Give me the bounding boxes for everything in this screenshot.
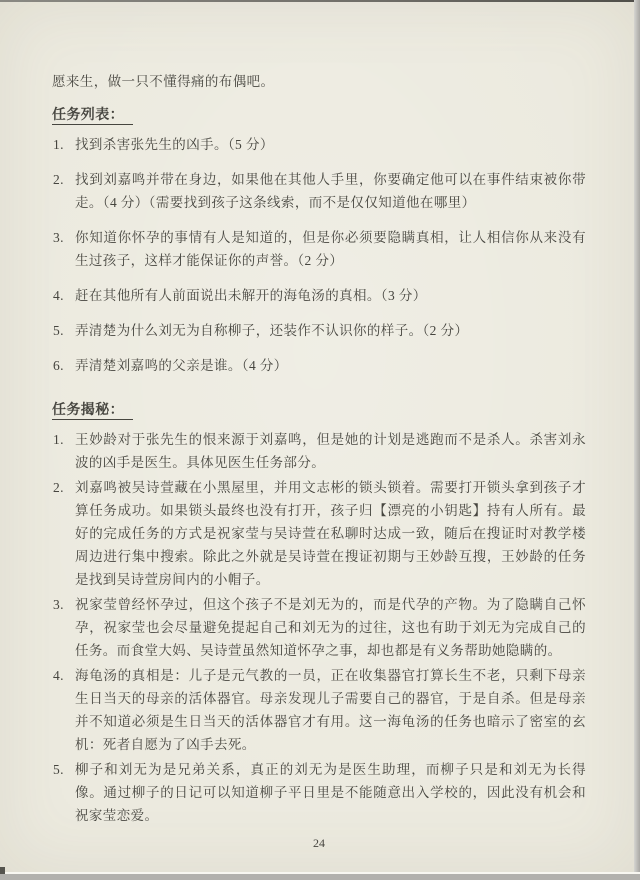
section-gap bbox=[52, 389, 586, 401]
scan-edge-right bbox=[634, 0, 640, 880]
item-text: 找到杀害张先生的凶手。（5 分） bbox=[75, 137, 274, 152]
item-number: 2. bbox=[53, 168, 64, 191]
scan-edge-top bbox=[0, 0, 640, 2]
item-text: 弄清楚刘嘉鸣的父亲是谁。（4 分） bbox=[75, 358, 288, 373]
item-text: 刘嘉鸣被吴诗萱藏在小黑屋里，并用文志彬的锁头锁着。需要打开锁头拿到孩子才算任务成… bbox=[75, 480, 586, 587]
section-heading-task-reveal-text: 任务揭秘： bbox=[52, 403, 133, 420]
page-number: 24 bbox=[52, 836, 586, 851]
item-number: 3. bbox=[53, 593, 64, 616]
item-number: 1. bbox=[53, 428, 64, 451]
scan-corner-mark bbox=[0, 867, 5, 874]
item-number: 6. bbox=[53, 354, 64, 377]
item-text: 柳子和刘无为是兄弟关系，真正的刘无为是医生助理，而柳子只是和刘无为长得像。通过柳… bbox=[75, 762, 586, 823]
task-list: 1. 找到杀害张先生的凶手。（5 分） 2. 找到刘嘉鸣并带在身边，如果他在其他… bbox=[52, 133, 586, 377]
paper-sheet: 愿来生，做一只不懂得痛的布偶吧。 任务列表： 1. 找到杀害张先生的凶手。（5 … bbox=[0, 2, 634, 872]
reveal-item: 5. 柳子和刘无为是兄弟关系，真正的刘无为是医生助理，而柳子只是和刘无为长得像。… bbox=[52, 758, 586, 827]
reveal-item: 4. 海龟汤的真相是：儿子是元气教的一员，正在收集器官打算长生不老，只剩下母亲生… bbox=[52, 664, 586, 756]
scan-edge-bottom bbox=[0, 872, 640, 880]
item-number: 3. bbox=[53, 226, 64, 249]
reveal-item: 2. 刘嘉鸣被吴诗萱藏在小黑屋里，并用文志彬的锁头锁着。需要打开锁头拿到孩子才算… bbox=[52, 476, 586, 591]
item-text: 赶在其他所有人前面说出未解开的海龟汤的真相。（3 分） bbox=[75, 288, 427, 303]
item-number: 2. bbox=[53, 476, 64, 499]
item-text: 你知道你怀孕的事情有人是知道的，但是你必须要隐瞒真相，让人相信你从来没有生过孩子… bbox=[75, 230, 586, 268]
section-heading-task-reveal: 任务揭秘： bbox=[52, 401, 586, 420]
section-heading-task-list-text: 任务列表： bbox=[52, 108, 133, 125]
task-item: 5. 弄清楚为什么刘无为自称柳子，还装作不认识你的样子。（2 分） bbox=[52, 319, 586, 342]
intro-line: 愿来生，做一只不懂得痛的布偶吧。 bbox=[52, 70, 586, 93]
scanned-page: 愿来生，做一只不懂得痛的布偶吧。 任务列表： 1. 找到杀害张先生的凶手。（5 … bbox=[0, 0, 640, 880]
task-item: 3. 你知道你怀孕的事情有人是知道的，但是你必须要隐瞒真相，让人相信你从来没有生… bbox=[52, 226, 586, 272]
item-number: 5. bbox=[53, 319, 64, 342]
section-heading-task-list: 任务列表： bbox=[52, 106, 586, 125]
task-item: 6. 弄清楚刘嘉鸣的父亲是谁。（4 分） bbox=[52, 354, 586, 377]
reveal-list: 1. 王妙龄对于张先生的恨来源于刘嘉鸣，但是她的计划是逃跑而不是杀人。杀害刘永波… bbox=[52, 428, 586, 827]
item-number: 4. bbox=[53, 664, 64, 687]
reveal-item: 3. 祝家莹曾经怀孕过，但这个孩子不是刘无为的，而是代孕的产物。为了隐瞒自己怀孕… bbox=[52, 593, 586, 662]
item-text: 祝家莹曾经怀孕过，但这个孩子不是刘无为的，而是代孕的产物。为了隐瞒自己怀孕，祝家… bbox=[75, 597, 586, 658]
item-text: 王妙龄对于张先生的恨来源于刘嘉鸣，但是她的计划是逃跑而不是杀人。杀害刘永波的凶手… bbox=[75, 432, 586, 470]
task-item: 2. 找到刘嘉鸣并带在身边，如果他在其他人手里，你要确定他可以在事件结束被你带走… bbox=[52, 168, 586, 214]
item-text: 弄清楚为什么刘无为自称柳子，还装作不认识你的样子。（2 分） bbox=[75, 323, 468, 338]
reveal-item: 1. 王妙龄对于张先生的恨来源于刘嘉鸣，但是她的计划是逃跑而不是杀人。杀害刘永波… bbox=[52, 428, 586, 474]
item-number: 5. bbox=[53, 758, 64, 781]
item-text: 海龟汤的真相是：儿子是元气教的一员，正在收集器官打算长生不老，只剩下母亲生日当天… bbox=[75, 668, 586, 752]
task-item: 1. 找到杀害张先生的凶手。（5 分） bbox=[52, 133, 586, 156]
item-number: 4. bbox=[53, 284, 64, 307]
item-number: 1. bbox=[53, 133, 64, 156]
task-item: 4. 赶在其他所有人前面说出未解开的海龟汤的真相。（3 分） bbox=[52, 284, 586, 307]
item-text: 找到刘嘉鸣并带在身边，如果他在其他人手里，你要确定他可以在事件结束被你带走。（4… bbox=[75, 172, 586, 210]
